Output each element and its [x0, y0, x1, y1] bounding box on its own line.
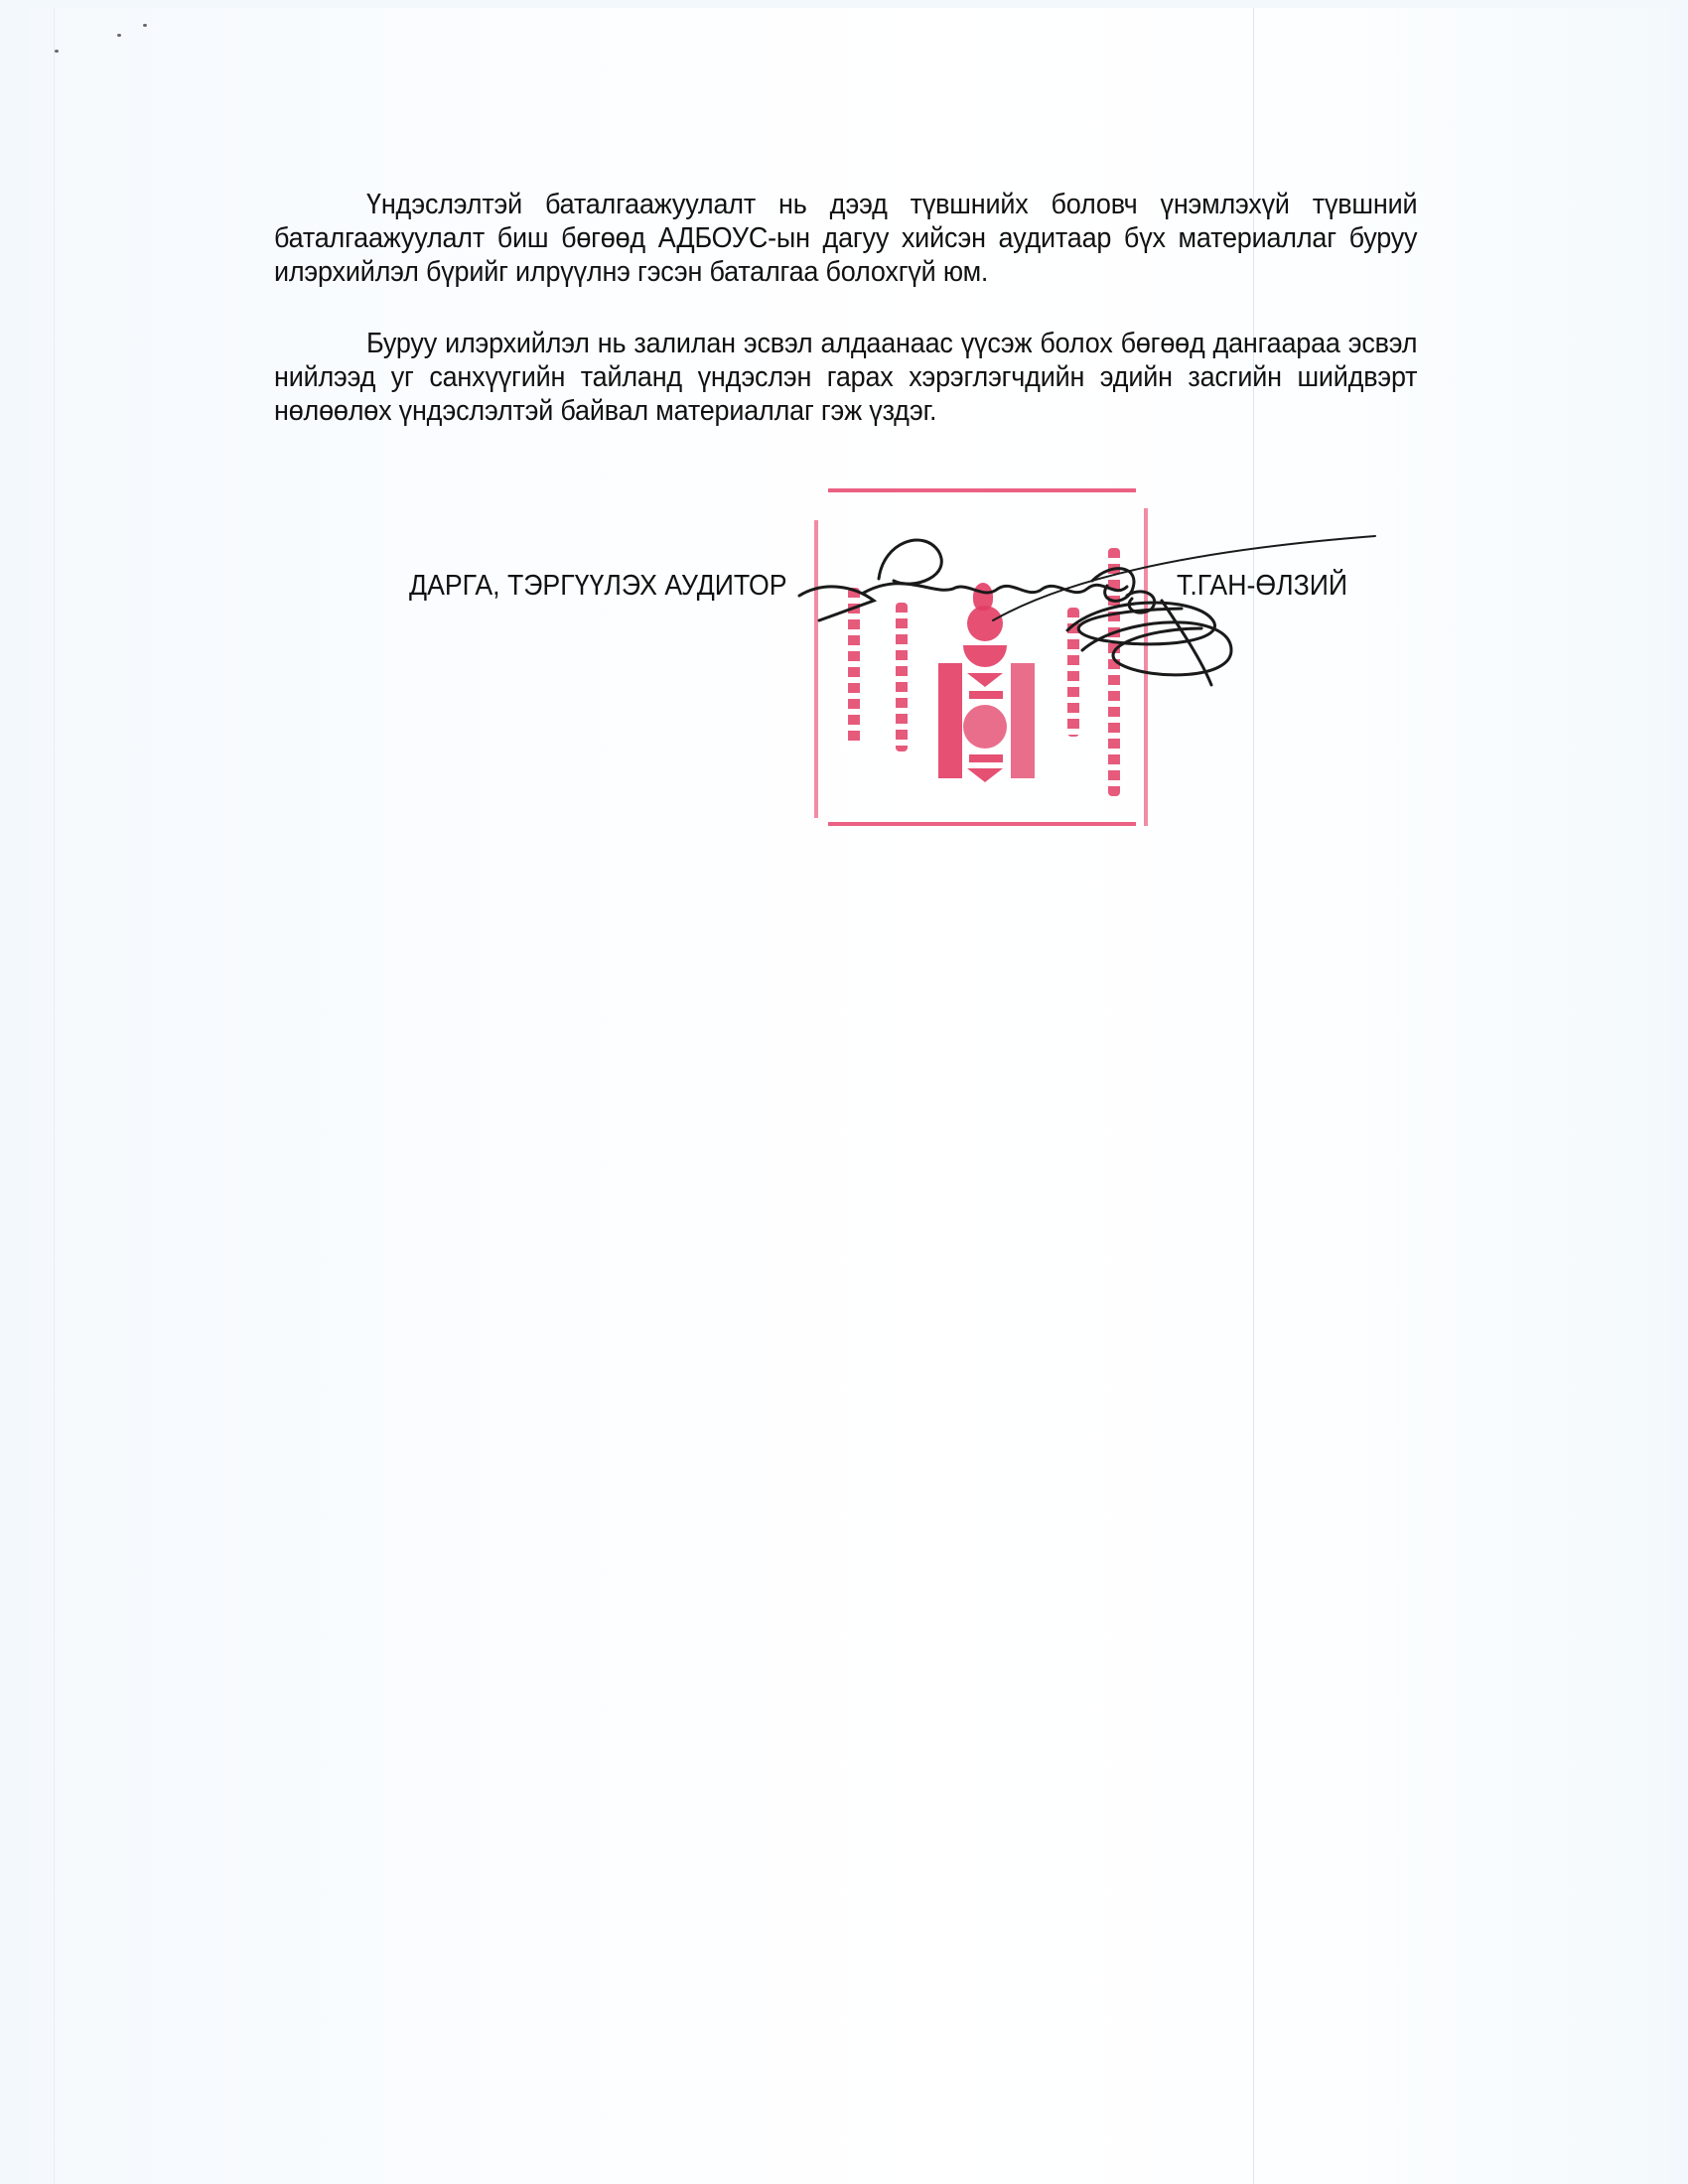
signatory-name: Т.ГАН-ӨЛЗИЙ [1177, 570, 1347, 603]
scan-speck [143, 24, 147, 27]
stamp-frame [828, 488, 1136, 492]
soyombo-triangle-icon [967, 673, 1003, 687]
soyombo-pillar-icon [938, 663, 962, 778]
soyombo-sun-icon [967, 606, 1003, 641]
mongolian-script [896, 603, 908, 751]
paragraph-misstatement: Буруу илэрхийлэл нь залилан эсвэл алдаан… [274, 327, 1417, 428]
paragraph-text: Буруу илэрхийлэл нь залилан эсвэл алдаан… [274, 328, 1417, 427]
paragraph-reasonable-assurance: Үндэслэлтэй баталгаажуулалт нь дээд түвш… [274, 188, 1417, 289]
stamp-frame [828, 822, 1136, 826]
soyombo-moon-icon [963, 645, 1007, 667]
mongolian-script [1067, 608, 1079, 737]
stamp-frame [1144, 508, 1148, 826]
soyombo-bar-icon [969, 754, 1003, 762]
soyombo-yinyang-icon [963, 705, 1007, 749]
signatory-title: ДАРГА, ТЭРГҮҮЛЭХ АУДИТОР [409, 570, 787, 603]
mongolian-script [848, 588, 860, 747]
scan-edge-line [54, 8, 55, 2184]
stamp-frame [814, 520, 818, 818]
soyombo-triangle-icon [967, 768, 1003, 782]
scan-speck [117, 34, 121, 37]
soyombo-pillar-icon [1011, 663, 1035, 778]
paragraph-text: Үндэслэлтэй баталгаажуулалт нь дээд түвш… [274, 189, 1417, 288]
mongolian-script [1108, 548, 1120, 796]
official-stamp [804, 488, 1158, 831]
scan-speck [55, 50, 59, 53]
soyombo-bar-icon [969, 691, 1003, 699]
